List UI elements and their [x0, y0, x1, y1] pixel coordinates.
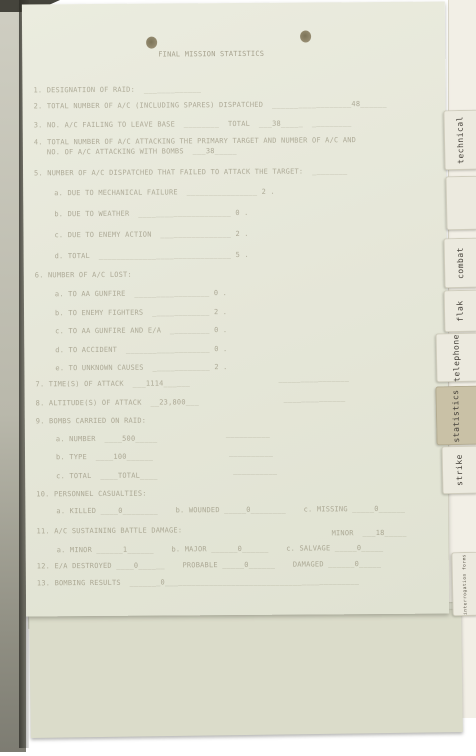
form-line: 12. E/A DESTROYED ____0______ PROBABLE _… [37, 560, 381, 570]
tab-strike: strike [442, 446, 476, 495]
form-line: NO. OF A/C ATTACKING WITH BOMBS ___38___… [47, 147, 237, 156]
form-line: a. TO AA GUNFIRE _________________ 0 . [55, 289, 227, 298]
ruled-line: ______________ [284, 394, 346, 402]
form-line: e. TO UNKNOWN CAUSES _____________ 2 . [55, 363, 227, 372]
form-line: d. TOTAL ______________________________ … [55, 251, 249, 260]
ruled-line: __________ [226, 430, 270, 438]
tab-statistics: statistics [435, 386, 476, 446]
form-line: a. MINOR ______1______ b. MAJOR ______0_… [57, 544, 384, 554]
form-line: a. NUMBER ____500_____ [56, 435, 158, 444]
stacked-sheet-bottom [29, 609, 463, 738]
tab-flak: flak [444, 290, 476, 333]
tab-technical: technical [443, 110, 476, 171]
form-line: d. TO ACCIDENT ___________________ 0 . [55, 345, 227, 354]
form-line: 10. PERSONNEL CASUALTIES: [36, 490, 146, 499]
form-line: 1. DESIGNATION OF RAID: _____________ [33, 85, 201, 94]
tab-combat: combat [443, 238, 476, 289]
tab-label: telephone [453, 333, 462, 381]
report-page: FINAL MISSION STATISTICS 1. DESIGNATION … [22, 2, 449, 617]
tab-interrogation-forms: interrogation forms [451, 552, 476, 617]
form-line: 8. ALTITUDE(S) OF ATTACK __23,800___ [36, 398, 199, 407]
form-line: 6. NUMBER OF A/C LOST: [35, 271, 132, 280]
form-line: b. TYPE ____100______ [56, 453, 153, 462]
form-line: a. KILLED ____0________ b. WOUNDED _____… [56, 505, 405, 515]
tab-label: interrogation forms [462, 553, 468, 614]
tab-label: combat [457, 247, 466, 279]
tab-label: strike [456, 454, 465, 486]
form-line: c. TOTAL ____TOTAL____ [56, 472, 158, 481]
form-line: a. DUE TO MECHANICAL FAILURE ___________… [54, 188, 275, 198]
form-line: 5. NUMBER OF A/C DISPATCHED THAT FAILED … [34, 167, 347, 177]
form-line: c. DUE TO ENEMY ACTION ________________ … [54, 230, 248, 239]
form-line: c. TO AA GUNFIRE AND E/A _________ 0 . [55, 326, 227, 335]
scanned-document: FINAL MISSION STATISTICS 1. DESIGNATION … [0, 0, 476, 756]
form-line: 11. A/C SUSTAINING BATTLE DAMAGE: [37, 526, 183, 535]
form-line: MINOR ___18_____ [332, 529, 407, 538]
tab-telephone: telephone [435, 333, 476, 383]
form-line: 9. BOMBS CARRIED ON RAID: [36, 417, 146, 426]
tab-label: technical [457, 116, 466, 164]
form-line: 4. TOTAL NUMBER OF A/C ATTACKING THE PRI… [34, 136, 356, 146]
form-line: 13. BOMBING RESULTS _______0____________… [37, 577, 359, 587]
punch-hole-icon [146, 37, 157, 49]
ruled-line: __________ [229, 449, 273, 457]
form-line: b. DUE TO WEATHER _____________________ … [54, 209, 248, 218]
ruled-line: ________________ [278, 374, 349, 382]
tab-label: flak [457, 300, 465, 321]
page-title: FINAL MISSION STATISTICS [158, 50, 264, 59]
form-line: b. TO ENEMY FIGHTERS _____________ 2 . [55, 308, 227, 317]
punch-hole-icon [300, 30, 311, 42]
ruled-line: __________ [233, 467, 277, 475]
tab-label: statistics [452, 389, 461, 442]
form-line: 2. TOTAL NUMBER OF A/C (INCLUDING SPARES… [34, 100, 387, 110]
form-line: 7. TIME(S) OF ATTACK ___1114______ [35, 379, 190, 388]
form-line: 3. NO. A/C FAILING TO LEAVE BASE _______… [34, 119, 352, 129]
tab-blank [445, 176, 476, 231]
